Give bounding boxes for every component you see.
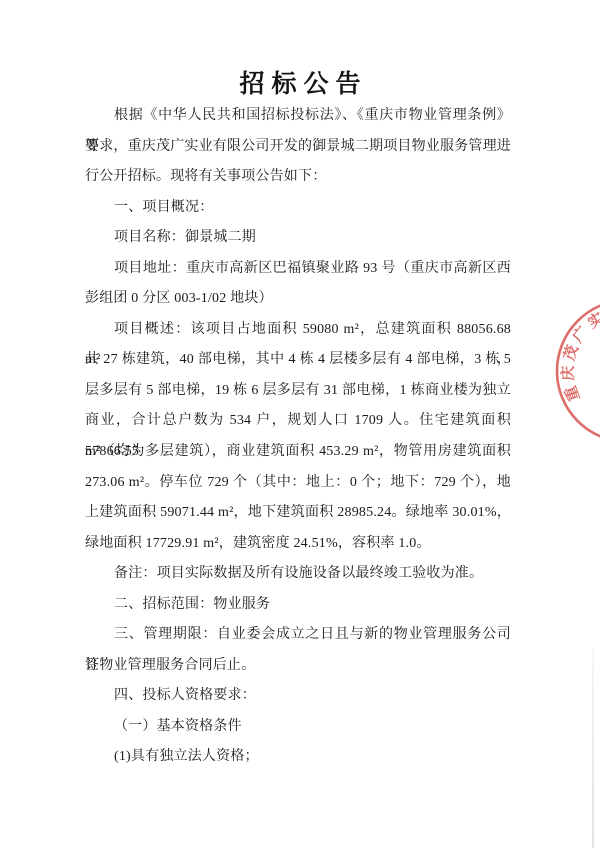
body-line: 二、招标范围：物业服务 (85, 590, 511, 621)
body-line: 一、项目概况： (85, 193, 511, 224)
body-line: m²（均为多层建筑），商业建筑面积 453.29 m²，物管用房建筑面积 (85, 437, 511, 468)
body-line: (1)具有独立法人资格； (85, 742, 511, 773)
body-line: 商业，合计总户数为 534 户，规划人口 1709 人。住宅建筑面积 57866… (85, 406, 511, 437)
body-line: 层多层有 5 部电梯，19 栋 6 层多层有 31 部电梯，1 栋商业楼为独立 (85, 376, 511, 407)
body-line: 项目地址：重庆市高新区巴福镇聚业路 93 号（重庆市高新区西 (85, 254, 511, 285)
body-line: 共 27 栋建筑，40 部电梯，其中 4 栋 4 层楼多层有 4 部电梯，3 栋… (85, 345, 511, 376)
body-line: 绿地面积 17729.91 m²，建筑密度 24.51%，容积率 1.0。 (85, 529, 511, 560)
body-line: 三、管理期限：自业委会成立之日且与新的物业管理服务公司签 (85, 620, 511, 651)
body-line: （一）基本资格条件 (85, 712, 511, 743)
body-line: 备注：项目实际数据及所有设施设备以最终竣工验收为准。 (85, 559, 511, 590)
body-line: 彭组团 0 分区 003-1/02 地块） (85, 284, 511, 315)
document-title: 招标公告 (0, 64, 600, 100)
body-line: 行公开招标。现将有关事项公告如下： (85, 162, 511, 193)
body-line: 订物业管理服务合同后止。 (85, 651, 511, 682)
seal-text: 重庆茂广实业有限公司 (538, 283, 600, 423)
body-line: 273.06 m²。停车位 729 个（其中：地上：0 个；地下：729 个），… (85, 468, 511, 499)
body-line: 项目概述：该项目占地面积 59080 m²，总建筑面积 88056.68 m²， (85, 315, 511, 346)
body-line: 四、投标人资格要求： (85, 681, 511, 712)
scanned-document-page: 招标公告 根据《中华人民共和国招标投标法》、《重庆市物业管理条例》等要求，重庆茂… (0, 0, 600, 848)
body-line: 根据《中华人民共和国招标投标法》、《重庆市物业管理条例》等 (85, 101, 511, 132)
body-line: 项目名称：御景城二期 (85, 223, 511, 254)
document-body: 根据《中华人民共和国招标投标法》、《重庆市物业管理条例》等要求，重庆茂广实业有限… (85, 101, 511, 773)
scan-edge-artifact (592, 648, 594, 848)
company-seal: 重庆茂广实业有限公司 (538, 283, 600, 459)
body-line: 要求，重庆茂广实业有限公司开发的御景城二期项目物业服务管理进 (85, 132, 511, 163)
body-line: 上建筑面积 59071.44 m²，地下建筑面积 28985.24。绿地率 30… (85, 498, 511, 529)
